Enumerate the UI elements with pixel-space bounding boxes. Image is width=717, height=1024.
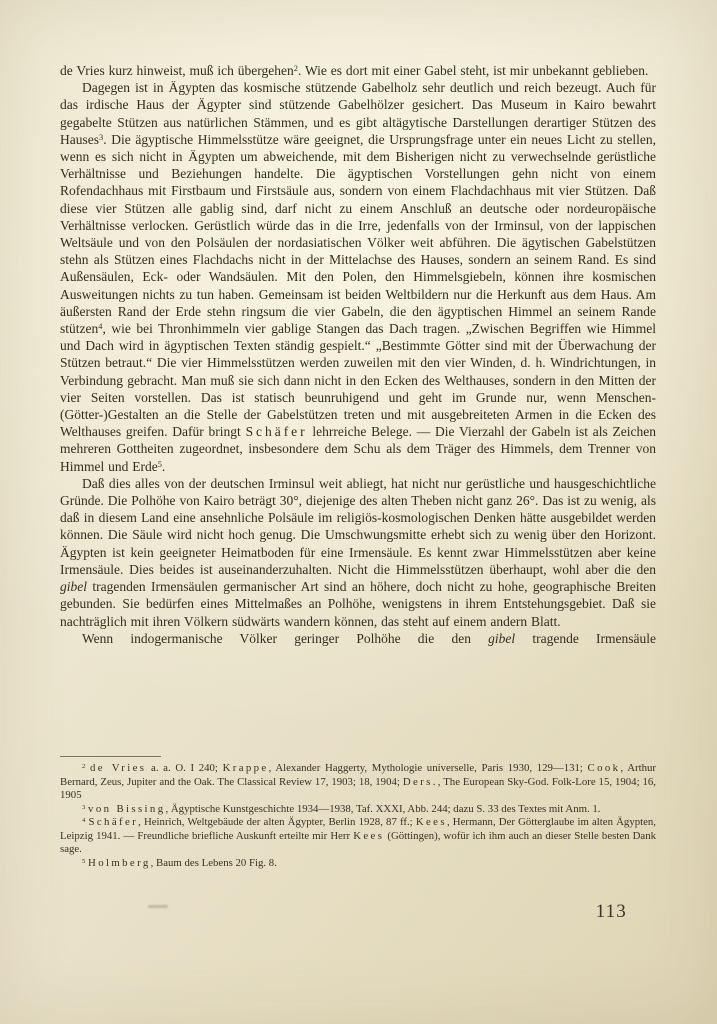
scan-smudge bbox=[148, 905, 168, 908]
footnotes-block: 2 de Vries a. a. O. I 240; Krappe, Alexa… bbox=[60, 762, 656, 870]
body-paragraph-continuation: de Vries kurz hinweist, muß ich übergehe… bbox=[60, 62, 656, 79]
body-text-block: de Vries kurz hinweist, muß ich übergehe… bbox=[60, 62, 656, 647]
body-paragraph-last-line: Wenn indogermanische Völker geringer Pol… bbox=[60, 630, 656, 647]
footnote-2: 2 de Vries a. a. O. I 240; Krappe, Alexa… bbox=[60, 762, 656, 803]
footnote-4: 4 Schäfer, Heinrich, Weltgebäude der alt… bbox=[60, 816, 656, 857]
footnote-5: 5 Holmberg, Baum des Lebens 20 Fig. 8. bbox=[60, 857, 656, 871]
body-paragraph-irminsul: Daß dies alles von der deutschen Irminsu… bbox=[60, 475, 656, 630]
book-page: de Vries kurz hinweist, muß ich übergehe… bbox=[0, 0, 717, 1024]
footnote-separator-rule bbox=[60, 756, 161, 757]
page-number: 113 bbox=[596, 901, 627, 923]
footnote-3: 3 von Bissing, Ägyptische Kunstgeschicht… bbox=[60, 803, 656, 817]
body-paragraph-aegypten: Dagegen ist in Ägypten das kosmische stü… bbox=[60, 79, 656, 475]
